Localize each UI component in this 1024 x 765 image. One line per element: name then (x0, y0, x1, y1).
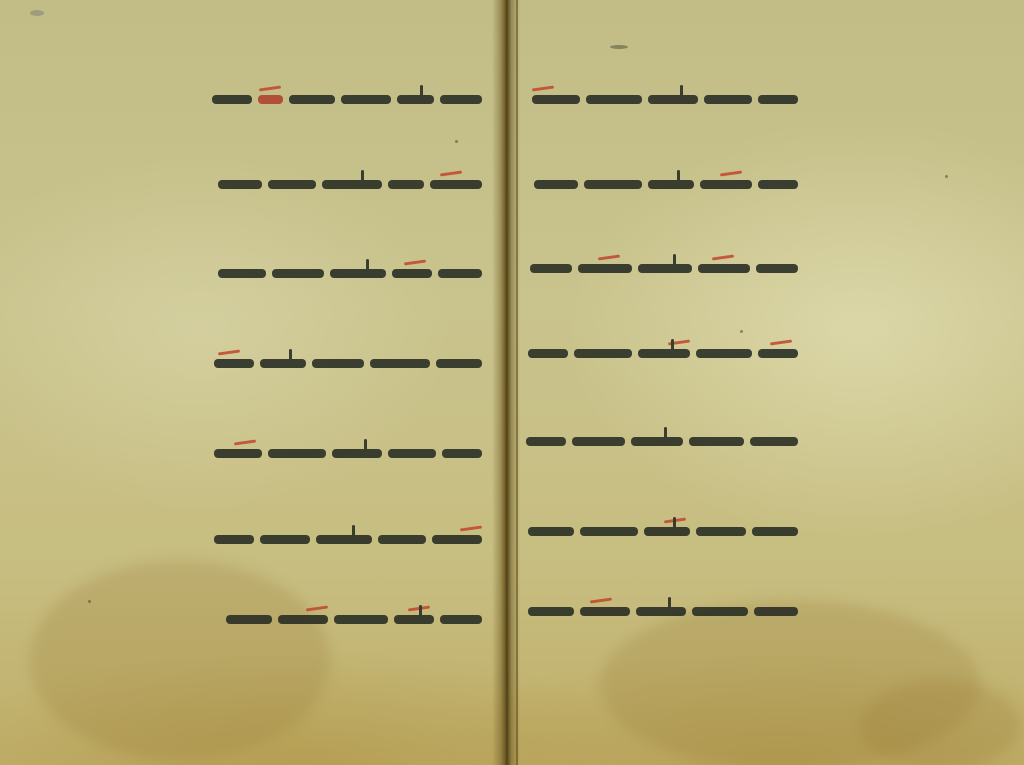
left-page (0, 0, 496, 765)
text-line-5 (212, 436, 482, 470)
text-line-4 (526, 336, 798, 370)
text-line-3 (212, 256, 482, 290)
text-line-3 (526, 251, 798, 285)
text-line-6 (526, 514, 798, 548)
text-line-7 (222, 602, 482, 636)
text-line-2 (526, 167, 798, 201)
text-line-1 (516, 82, 798, 116)
text-line-2 (212, 167, 482, 201)
manuscript-spread: Manuscript photograph — open book, two-p… (0, 0, 1024, 765)
text-line-4 (212, 346, 482, 380)
text-line-7 (526, 594, 798, 628)
text-line-5 (526, 424, 798, 458)
right-page (516, 0, 1024, 765)
text-line-6 (212, 522, 482, 556)
text-line-1 (212, 82, 482, 116)
